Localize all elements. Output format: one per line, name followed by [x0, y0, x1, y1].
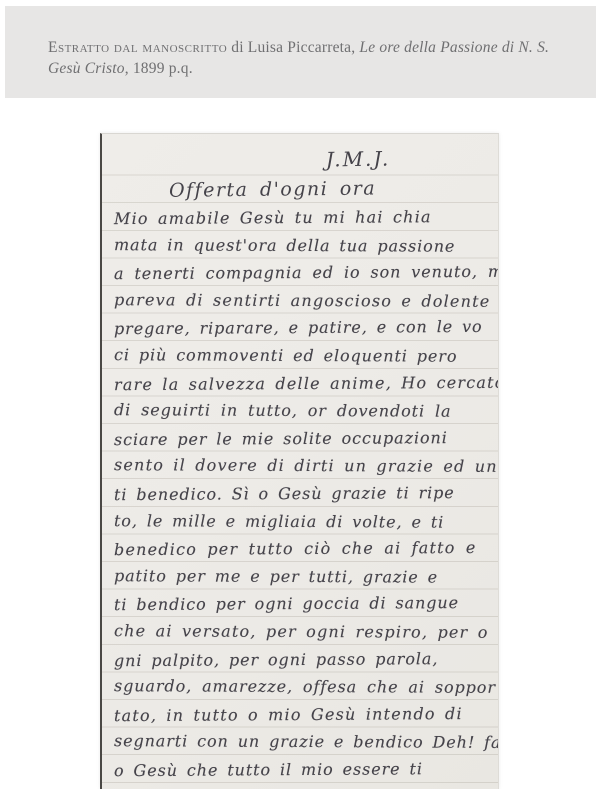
manuscript-line: patito per me e per tutti, grazie e [114, 562, 492, 591]
manuscript-line: ti bendico per ogni goccia di sangue [114, 589, 492, 619]
manuscript-line: o Gesù che tutto il mio essere ti [114, 755, 492, 785]
manuscript-line: segnarti con un grazie e bendico Deh! fa [114, 727, 492, 756]
caption-date: , 1899 p.q. [125, 60, 193, 77]
book-page: Estratto dal manoscritto di Luisa Piccar… [0, 0, 600, 789]
caption-author: di Luisa Piccarreta, [227, 39, 359, 56]
manuscript-line: mata in quest'ora della tua passione [114, 231, 492, 260]
manuscript-line: sciare per le mie solite occupazioni [114, 424, 492, 454]
manuscript-line: Mio amabile Gesù tu mi hai chia [114, 203, 492, 233]
manuscript-line: ci più commoventi ed eloquenti pero [114, 341, 492, 370]
manuscript-line: tato, in tutto o mio Gesù intendo di [114, 700, 492, 730]
caption-band: Estratto dal manoscritto di Luisa Piccar… [5, 6, 596, 98]
caption-smallcaps: Estratto dal manoscritto [48, 39, 227, 56]
manuscript-line: sguardo, amarezze, offesa che ai soppor [114, 672, 492, 701]
manuscript-title: Offerta d'ogni ora [169, 172, 492, 205]
manuscript-line: ti benedico. Sì o Gesù grazie ti ripe [114, 479, 492, 509]
manuscript-line: che ai versato, per ogni respiro, per o [114, 617, 492, 646]
caption-text: Estratto dal manoscritto di Luisa Piccar… [48, 37, 568, 79]
manuscript-photo: J.M.J. Offerta d'ogni ora Mio amabile Ge… [100, 133, 499, 789]
manuscript-line: pregare, riparare, e patire, e con le vo [114, 313, 492, 343]
manuscript-line: sento il dovere di dirti un grazie ed un [114, 452, 492, 481]
manuscript-line: benedico per tutto ciò che ai fatto e [114, 534, 492, 564]
manuscript-line: to, le mille e migliaia di volte, e ti [114, 507, 492, 536]
manuscript-line: gni palpito, per ogni passo parola, [114, 644, 492, 674]
manuscript-line: rare la salvezza delle anime, Ho cercato [114, 368, 492, 398]
manuscript-line: di seguirti in tutto, or dovendoti la [114, 396, 492, 425]
manuscript-line: a tenerti compagnia ed io son venuto, mi [114, 258, 492, 288]
manuscript-line: pareva di sentirti angoscioso e dolente [114, 286, 492, 315]
